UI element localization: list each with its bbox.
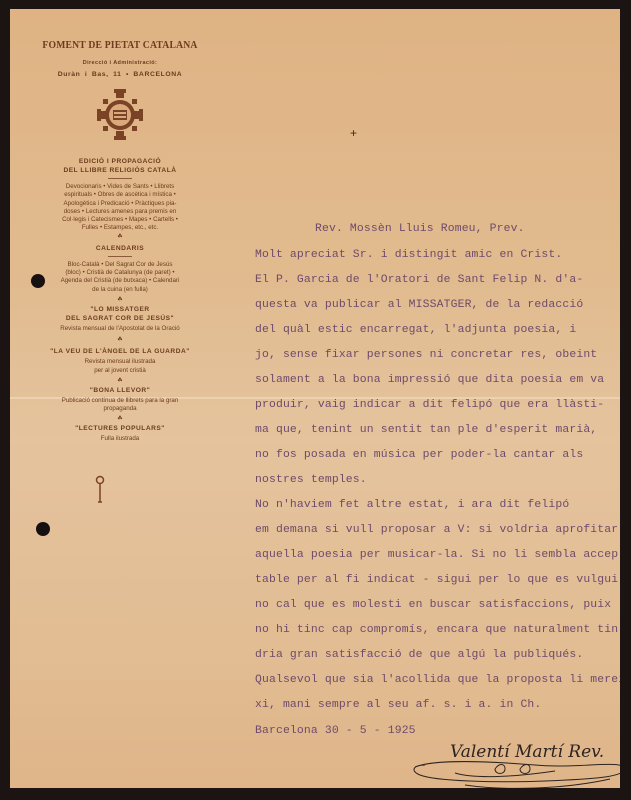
handwritten-signature: Valentí Martí Rev. [395, 729, 620, 788]
section-missatger-heading-1: "LO MISSATGER [30, 305, 210, 314]
letter-line: El P. Garcia de l'Oratori de Sant Felip … [255, 274, 583, 286]
section-missatger-heading-2: DEL SAGRAT COR DE JESÚS" [30, 314, 210, 323]
section-edition-text: Col·legis i Catecismes • Mapes • Cartell… [30, 216, 210, 224]
section-edition: EDICIÓ I PROPAGACIÓ DEL LLIBRE RELIGIÓS … [30, 157, 210, 444]
section-angel-text: per al jovent cristià [30, 367, 210, 375]
section-bona-llevor-text: propaganda [30, 405, 210, 413]
divider [108, 178, 132, 179]
section-bona-llevor-text: Publicació contínua de llibrets para la … [30, 397, 210, 405]
section-calendars-heading: CALENDARIS [30, 244, 210, 253]
leaf-ornament-icon: ☘ [30, 377, 210, 386]
leaf-ornament-icon: ☘ [30, 296, 210, 305]
letter-paper: FOMENT DE PIETAT CATALANA Direcció i Adm… [10, 9, 620, 788]
section-calendars-text: Agenda del Cristià (de butxaca) • Calend… [30, 277, 210, 285]
letterhead-direction: Direcció i Administració: [30, 60, 210, 66]
letter-body: Rev. Mossèn Lluis Romeu, Prev. Molt apre… [10, 9, 38, 285]
section-edition-text: espirituals • Obres de ascètica i místic… [30, 191, 210, 199]
heraldic-cross-emblem-icon [95, 87, 145, 147]
divider [108, 256, 132, 257]
letter-line: no fos posada en música per poder-la can… [255, 449, 583, 461]
section-edition-text: Devocionaris • Vides de Sants • Llibrets [30, 183, 210, 191]
letterhead-title: FOMENT DE PIETAT CATALANA [37, 40, 203, 51]
section-angel-heading: "LA VEU DE L'ÀNGEL DE LA GUARDA" [30, 347, 210, 356]
letter-date: Barcelona 30 - 5 - 1925 [255, 725, 416, 737]
section-calendars-text: (bloc) • Cristià de Catalunya (de paret)… [30, 269, 210, 277]
section-edition-text: doses • Lectures amenes para premis en [30, 208, 210, 216]
section-edition-text: Fulles • Estampes, etc., etc. [30, 224, 210, 232]
letter-line: ma que, tenint un sentit tan ple d'esper… [255, 424, 597, 436]
leaf-ornament-icon: ☘ [30, 415, 210, 424]
letter-line: Molt apreciat Sr. i distingit amic en Cr… [255, 249, 562, 261]
letter-line: no cal que es molesti en buscar satisfac… [255, 599, 611, 611]
section-calendars-text: de la cuina (en fulla) [30, 286, 210, 294]
letter-line: table per al fi indicat - sigui per lo q… [255, 574, 620, 586]
section-lectures-text: Fulla ilustrada [30, 435, 210, 443]
letter-line: Qualsevol que sia l'acollida que la prop… [255, 674, 620, 686]
leaf-ornament-icon: ☘ [30, 233, 210, 242]
letter-line: nostres temples. [255, 474, 367, 486]
letterhead-address: Duràn i Bas, 11 • BARCELONA [30, 71, 210, 78]
signature-text: Valentí Martí Rev. [450, 742, 604, 762]
plus-mark-icon: + [350, 126, 357, 140]
section-bona-llevor-heading: "BONA LLEVOR" [30, 386, 210, 395]
section-edition-heading-1: EDICIÓ I PROPAGACIÓ [30, 157, 210, 166]
section-calendars-text: Bloc-Català • Del Sagrat Cor de Jesús [30, 261, 210, 269]
letter-line: jo, sense fixar persones ni concretar re… [255, 349, 597, 361]
section-missatger-text: Revista mensual de l'Apostolat de la Ora… [30, 325, 210, 333]
letter-line: xi, mani sempre al seu af. s. i a. in Ch… [255, 699, 541, 711]
letter-line: no hi tinc cap compromís, encara que nat… [255, 624, 620, 636]
section-lectures-heading: "LECTURES POPULARS" [30, 424, 210, 433]
section-edition-heading-2: DEL LLIBRE RELIGIÓS CATALÀ [30, 166, 210, 175]
letter-line: del quàl estic encarregat, l'adjunta poe… [255, 324, 576, 336]
leaf-ornament-icon: ☘ [30, 336, 210, 345]
key-ornament-icon [94, 475, 106, 505]
letter-line: No n'haviem fet altre estat, i ara dit f… [255, 499, 569, 511]
letter-line: aquella poesia per musicar-la. Si no li … [255, 549, 620, 561]
letter-line: produir, vaig indicar a dit felipó que e… [255, 399, 604, 411]
addressee: Rev. Mossèn Lluis Romeu, Prev. [315, 223, 525, 235]
section-angel-text: Revista mensual ilustrada [30, 358, 210, 366]
letter-line: dria gran satisfacció de que algú la pub… [255, 649, 583, 661]
punch-hole-bottom [36, 522, 50, 536]
letter-line: solament a la bona impressió que dita po… [255, 374, 604, 386]
section-edition-text: Apologètica i Predicació • Pràctiques pi… [30, 200, 210, 208]
letter-line: em demana si vull proposar a V: si voldr… [255, 524, 618, 536]
letter-line: questa va publicar al MISSATGER, de la r… [255, 299, 583, 311]
